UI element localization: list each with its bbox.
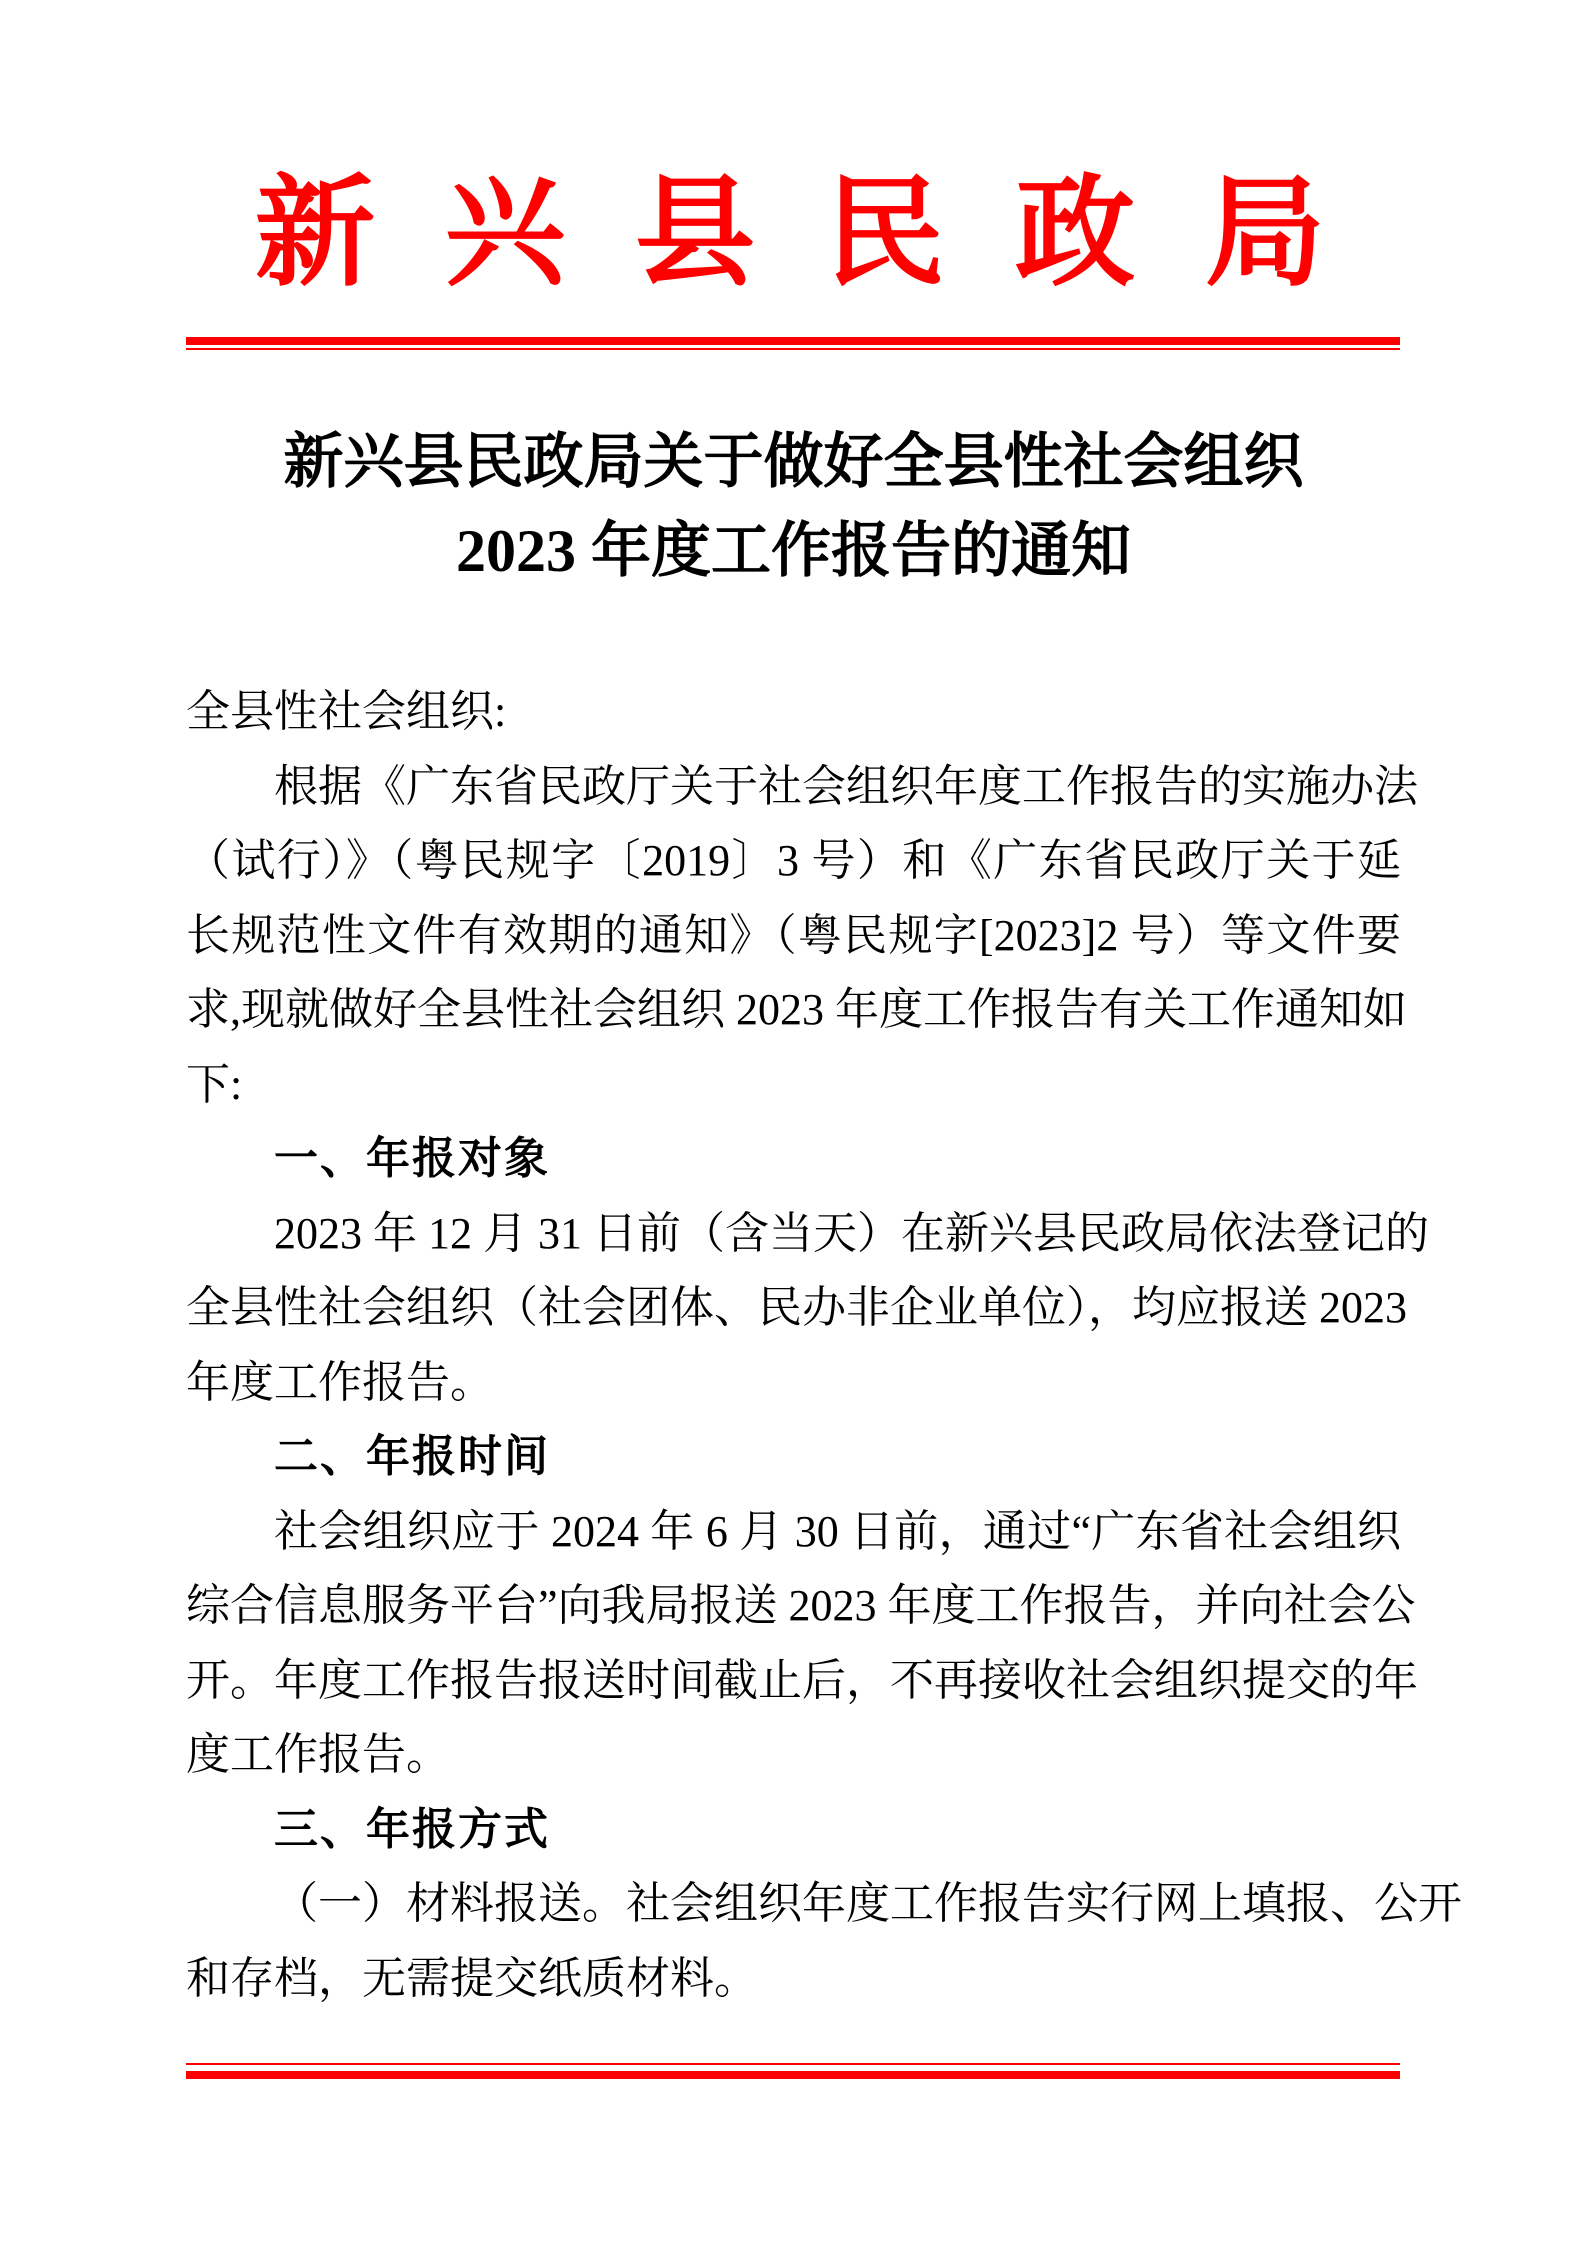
body-line: 2023 年 12 月 31 日前（含当天）在新兴县民政局依法登记的 bbox=[186, 1197, 1401, 1272]
body-line: 长规范性文件有效期的通知》（粤民规字[2023]2 号）等文件要 bbox=[186, 899, 1401, 974]
agency-name-char: 兴 bbox=[445, 172, 565, 296]
body-line: 开。年度工作报告报送时间截止后，不再接收社会组织提交的年 bbox=[186, 1644, 1401, 1719]
body-line: 全县性社会组织（社会团体、民办非企业单位），均应报送 2023 bbox=[186, 1271, 1401, 1346]
body-line: 和存档，无需提交纸质材料。 bbox=[186, 1942, 1401, 2017]
rule-thick-bar bbox=[186, 337, 1400, 345]
agency-name-char: 县 bbox=[635, 172, 755, 296]
footer-separator-rule bbox=[186, 2063, 1400, 2079]
body-line: 下: bbox=[186, 1048, 1401, 1123]
agency-name-char: 民 bbox=[825, 172, 945, 296]
document-body: 全县性社会组织:根据《广东省民政厅关于社会组织年度工作报告的实施办法（试行）》（… bbox=[186, 675, 1401, 2016]
document-page: 新兴县民政局 新兴县民政局关于做好全县性社会组织 2023 年度工作报告的通知 … bbox=[0, 0, 1587, 2245]
agency-name-char: 政 bbox=[1015, 172, 1135, 296]
rule-thick-bar bbox=[186, 2071, 1400, 2079]
agency-name-char: 局 bbox=[1205, 172, 1325, 296]
body-line: （一）材料报送。社会组织年度工作报告实行网上填报、公开 bbox=[186, 1867, 1401, 1942]
body-line: 度工作报告。 bbox=[186, 1718, 1401, 1793]
section-heading: 二、年报时间 bbox=[186, 1420, 1401, 1495]
body-line: 综合信息服务平台”向我局报送 2023 年度工作报告，并向社会公 bbox=[186, 1569, 1401, 1644]
body-line: 社会组织应于 2024 年 6 月 30 日前，通过“广东省社会组织 bbox=[186, 1495, 1401, 1570]
document-title-line1: 新兴县民政局关于做好全县性社会组织 bbox=[186, 429, 1401, 495]
agency-name-char: 新 bbox=[255, 172, 375, 296]
section-heading: 三、年报方式 bbox=[186, 1793, 1401, 1868]
letterhead-separator-rule bbox=[186, 337, 1400, 350]
body-line: 年度工作报告。 bbox=[186, 1346, 1401, 1421]
body-line: 全县性社会组织: bbox=[186, 675, 1401, 750]
body-line: （试行）》（粤民规字〔2019〕3 号）和《广东省民政厅关于延 bbox=[186, 824, 1401, 899]
rule-thin-bar bbox=[186, 348, 1400, 350]
body-line: 求,现就做好全县性社会组织 2023 年度工作报告有关工作通知如 bbox=[186, 973, 1401, 1048]
document-title-line2: 2023 年度工作报告的通知 bbox=[186, 518, 1401, 584]
body-line: 根据《广东省民政厅关于社会组织年度工作报告的实施办法 bbox=[186, 750, 1401, 825]
letterhead-agency-name: 新兴县民政局 bbox=[255, 172, 1325, 296]
section-heading: 一、年报对象 bbox=[186, 1122, 1401, 1197]
